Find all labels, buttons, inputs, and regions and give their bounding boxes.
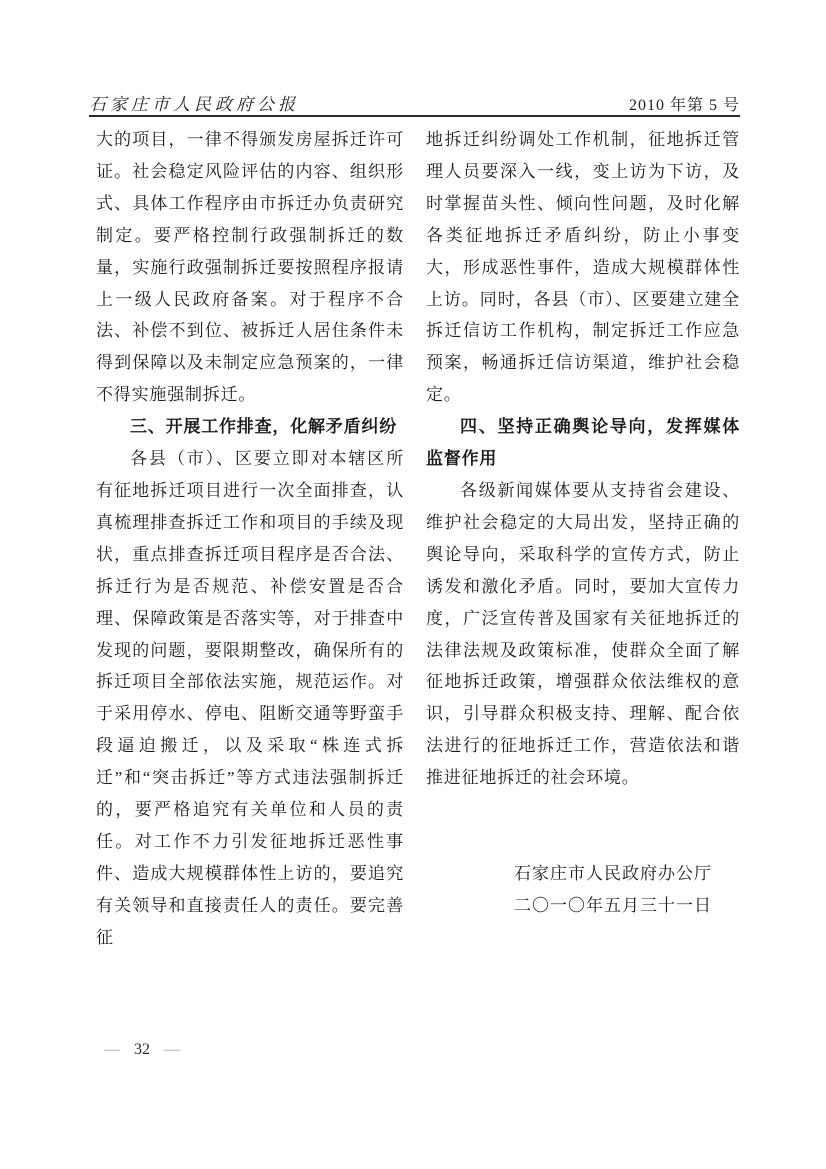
paragraph-section-3-continuation: 地拆迁纠纷调处工作机制，征地拆迁管理人员要深入一线，变上访为下访，及时掌握苗头性… [426,124,740,411]
signature-date: 二〇一〇年五月三十一日 [514,890,740,922]
document-page: 石家庄市人民政府公报 2010 年第 5 号 大的项目，一律不得颁发房屋拆迁许可… [0,0,826,1169]
section-heading-3: 三、开展工作排查，化解矛盾纠纷 [96,411,404,443]
page-header: 石家庄市人民政府公报 2010 年第 5 号 [89,90,740,115]
page-number: 32 [134,1040,150,1060]
paragraph-continuation: 大的项目，一律不得颁发房屋拆迁许可证。社会稳定风险评估的内容、组织形式、具体工作… [96,124,404,411]
paragraph-section-4: 各级新闻媒体要从支持省会建设、维护社会稳定的大局出发，坚持正确的舆论导向，采取科… [426,475,740,794]
section-heading-4: 四、坚持正确舆论导向，发挥媒体监督作用 [426,411,740,475]
header-rule [89,115,740,117]
paragraph-section-3: 各县（市）、区要立即对本辖区所有征地拆迁项目进行一次全面排查，认真梳理排查拆迁工… [96,443,404,954]
right-column: 地拆迁纠纷调处工作机制，征地拆迁管理人员要深入一线，变上访为下访，及时掌握苗头性… [426,124,740,954]
signature-org: 石家庄市人民政府办公厅 [514,858,740,890]
issue-label: 2010 年第 5 号 [629,92,740,115]
signature-spacer [426,794,740,858]
page-footer: — 32 — [104,1040,180,1060]
text-columns: 大的项目，一律不得颁发房屋拆迁许可证。社会稳定风险评估的内容、组织形式、具体工作… [96,124,740,954]
footer-dash-right: — [164,1040,180,1060]
left-column: 大的项目，一律不得颁发房屋拆迁许可证。社会稳定风险评估的内容、组织形式、具体工作… [96,124,404,954]
publication-title: 石家庄市人民政府公报 [89,90,299,115]
footer-dash-left: — [104,1040,120,1060]
